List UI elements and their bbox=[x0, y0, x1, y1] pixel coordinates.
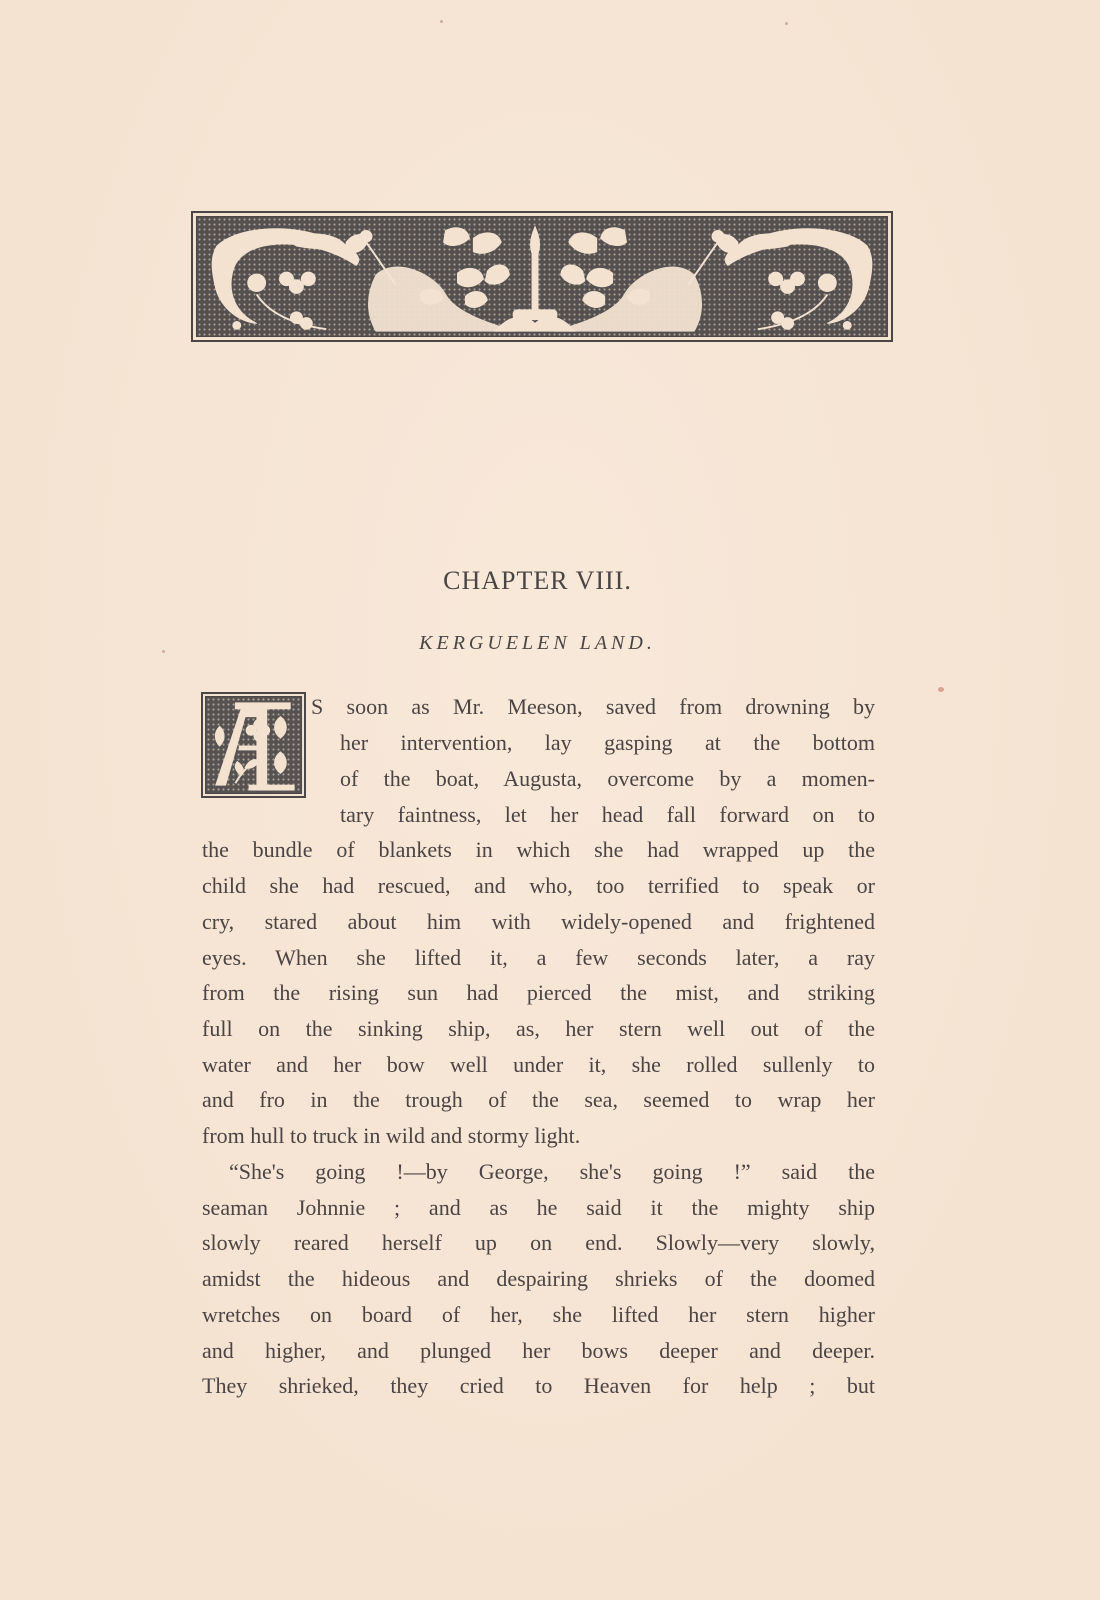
text-line: slowly reared herself up on end. Slowly—… bbox=[202, 1225, 875, 1261]
text-line: “She's going !—by George, she's going !”… bbox=[229, 1154, 875, 1190]
text-line: from the rising sun had pierced the mist… bbox=[202, 975, 875, 1011]
text-line: They shrieked, they cried to Heaven for … bbox=[202, 1368, 875, 1404]
text-line: the bundle of blankets in which she had … bbox=[202, 832, 875, 868]
text-line: S soon as Mr. Meeson, saved from drownin… bbox=[311, 689, 875, 725]
text-line: of the boat, Augusta, overcome by a mome… bbox=[340, 761, 875, 797]
text-line: full on the sinking ship, as, her stern … bbox=[202, 1011, 875, 1047]
ornamental-initial-a-icon bbox=[205, 696, 302, 794]
chapter-headpiece-ornament bbox=[191, 211, 893, 342]
text-line: cry, stared about him with widely-opened… bbox=[202, 904, 875, 940]
text-line: her intervention, lay gasping at the bot… bbox=[340, 725, 875, 761]
text-line: and higher, and plunged her bows deeper … bbox=[202, 1333, 875, 1369]
text-line: child she had rescued, and who, too terr… bbox=[202, 868, 875, 904]
text-line: wretches on board of her, she lifted her… bbox=[202, 1297, 875, 1333]
paper-speck bbox=[440, 20, 443, 23]
drop-cap bbox=[201, 692, 306, 798]
text-line: tary faintness, let her head fall forwar… bbox=[340, 797, 875, 833]
chapter-subtitle: KERGUELEN LAND. bbox=[0, 632, 1075, 655]
floral-ornament-banner-icon bbox=[196, 216, 888, 337]
text-line: seaman Johnnie ; and as he said it the m… bbox=[202, 1190, 875, 1226]
text-line: water and her bow well under it, she rol… bbox=[202, 1047, 875, 1083]
paper-speck bbox=[785, 22, 788, 25]
text-line: and fro in the trough of the sea, seemed… bbox=[202, 1082, 875, 1118]
chapter-title: CHAPTER VIII. bbox=[0, 566, 1075, 596]
text-line: eyes. When she lifted it, a few seconds … bbox=[202, 940, 875, 976]
paper-speck bbox=[938, 687, 944, 692]
text-line: from hull to truck in wild and stormy li… bbox=[202, 1118, 875, 1154]
text-line: amidst the hideous and despairing shriek… bbox=[202, 1261, 875, 1297]
